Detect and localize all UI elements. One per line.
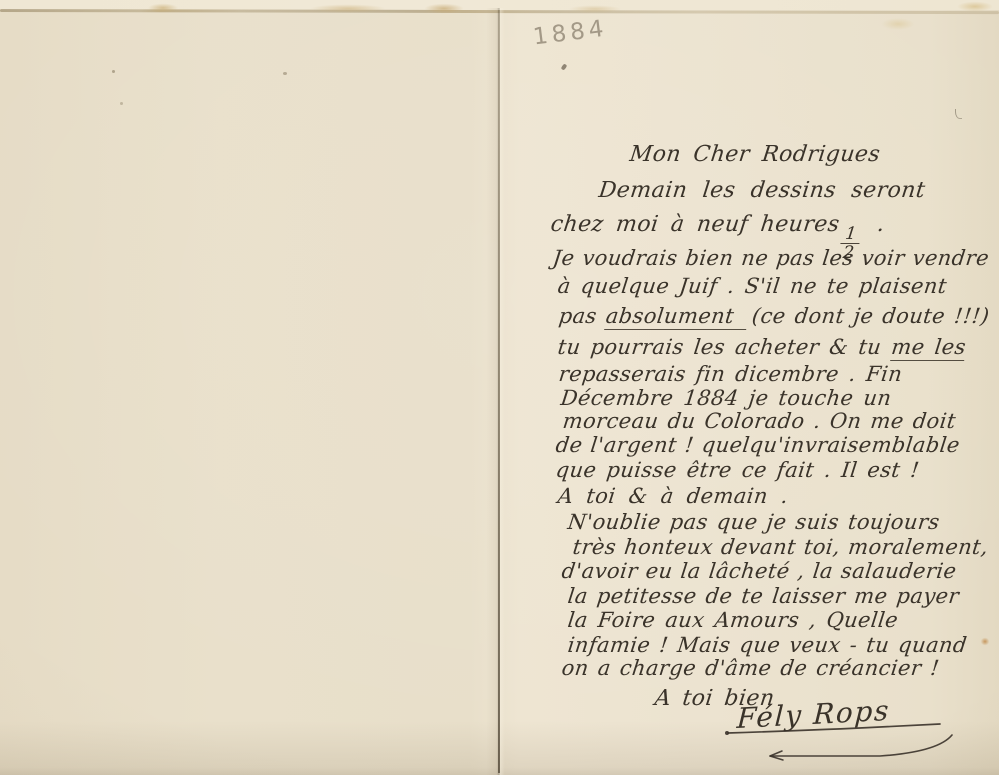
letter-line-underlined-word: tu pourrais les acheter & tu me les [556, 335, 967, 362]
left-page-blank [0, 0, 497, 775]
letter-line: très honteux devant toi, moralement, [571, 535, 990, 562]
letter-line: A toi & à demain . [556, 484, 790, 511]
letter-line-underlined-word: pas absolument(ce dont je doute !!!) [557, 304, 991, 331]
letter-scan: 1884 Mon Cher Rodrigues Demain les dessi… [0, 0, 999, 775]
paper-stain [952, 0, 998, 13]
paper-stain [143, 2, 183, 14]
line-text: pas [557, 304, 607, 328]
paper-stain [418, 2, 470, 15]
letter-line: on a charge d'âme de créancier ! [560, 656, 941, 683]
letter-line: Je voudrais bien ne pas les voir vendre [551, 246, 991, 273]
letter-line: la Foire aux Amours , Quelle [566, 608, 900, 635]
line-text: tu pourrais les acheter & tu [556, 335, 893, 359]
paper-stain [298, 3, 398, 14]
letter-line: la petitesse de te laisser me payer [566, 584, 961, 611]
fraction-numerator: 1 [840, 226, 862, 244]
rust-spot [979, 636, 991, 647]
letter-line: repasserais fin dicembre . Fin [557, 362, 904, 389]
line-text: chez moi à neuf heures [549, 212, 841, 237]
line-text: (ce dont je doute !!!) [751, 304, 991, 328]
signature-flourish [690, 700, 980, 772]
underlined-word: absolument [604, 304, 749, 330]
letter-line: N'oublie pas que je suis toujours [566, 510, 941, 537]
paper-stain [876, 16, 920, 32]
letter-line-with-fraction: chez moi à neuf heures12 . [549, 212, 886, 239]
letter-line: à quelque Juif . S'il ne te plaisent [556, 274, 948, 301]
letter-line: de l'argent ! quelqu'invraisemblable [554, 433, 961, 460]
pencil-speck [955, 109, 962, 119]
paper-speck [120, 102, 123, 105]
paper-speck [112, 70, 115, 73]
letter-line: morceau du Colorado . On me doit [561, 409, 957, 436]
letter-line: d'avoir eu la lâcheté , la salauderie [560, 559, 958, 586]
salutation-line: Mon Cher Rodrigues [628, 142, 882, 169]
fold-crease-line [498, 10, 500, 773]
letter-line: Demain les dessins seront [597, 178, 927, 205]
underlined-word: me les [890, 335, 968, 361]
paper-stain [560, 4, 630, 14]
paper-speck [283, 72, 287, 75]
letter-line: que puisse être ce fait . Il est ! [554, 458, 921, 485]
line-text: . [863, 212, 886, 237]
